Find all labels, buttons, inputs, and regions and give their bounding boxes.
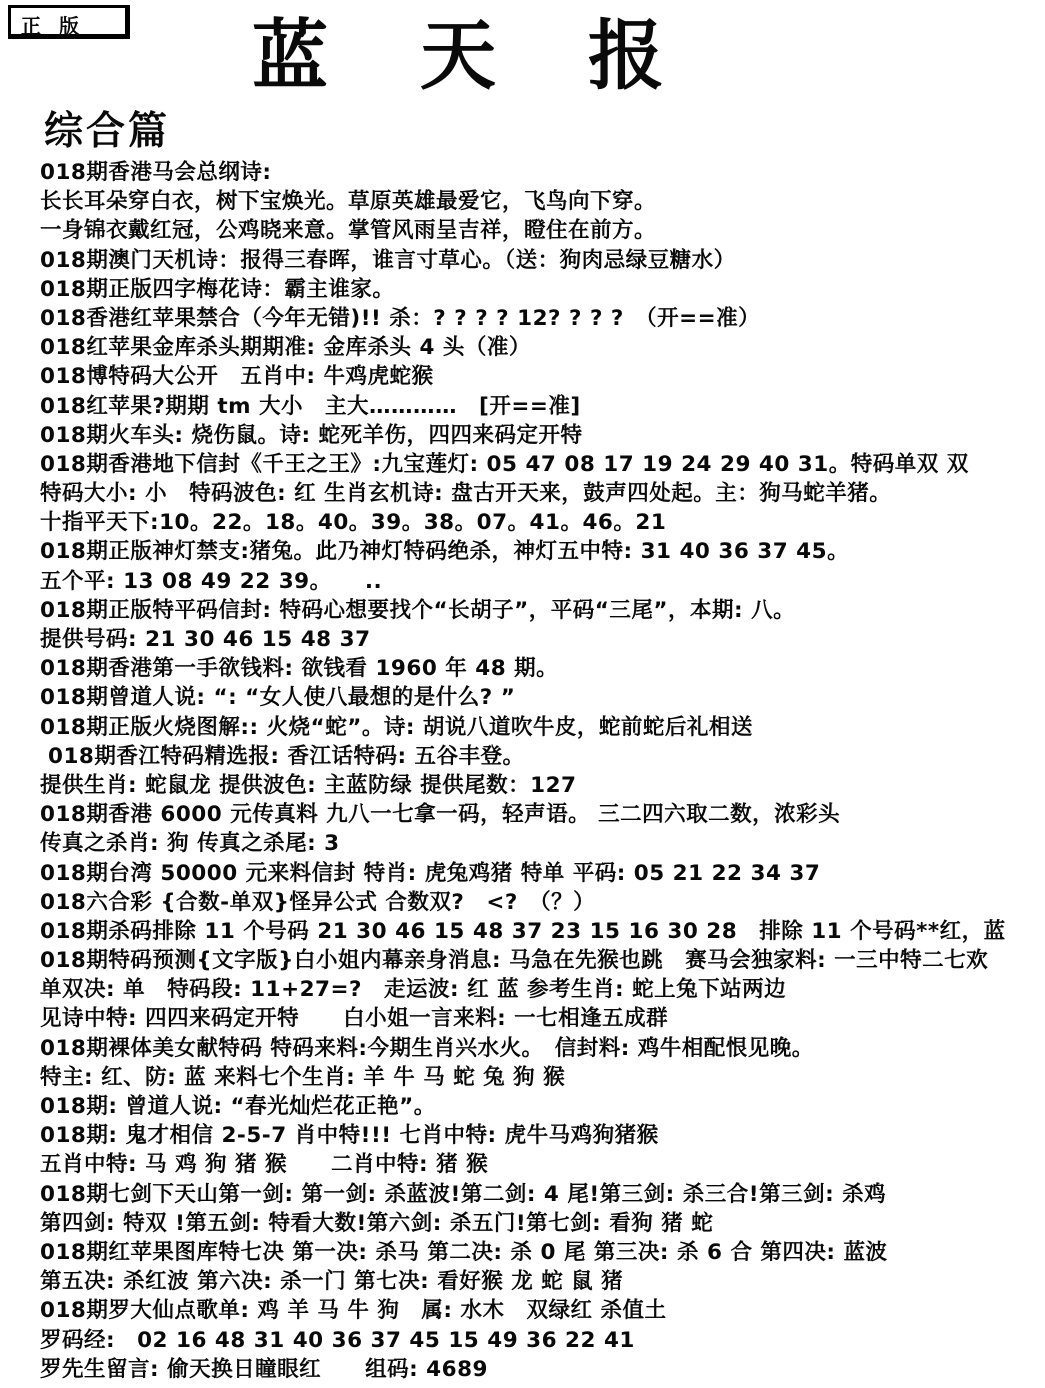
text-line: 018期香港马会总纲诗: bbox=[40, 158, 1045, 187]
text-line: 提供生肖: 蛇鼠龙 提供波色: 主蓝防绿 提供尾数：127 bbox=[40, 771, 1045, 800]
text-line: 第四剑: 特双 !第五剑: 特看大数!第六剑: 杀五门!第七剑: 看狗 猪 蛇 bbox=[40, 1209, 1045, 1238]
text-line: 018博特码大公开 五肖中: 牛鸡虎蛇猴 bbox=[40, 362, 1045, 391]
text-line: 018期正版特平码信封: 特码心想要找个“长胡子”，平码“三尾”，本期: 八。 bbox=[40, 596, 1045, 625]
text-line: 018期澳门天机诗：报得三春晖，谁言寸草心。（送：狗肉忌绿豆糖水） bbox=[40, 246, 1045, 275]
text-line: 018期红苹果图库特七决 第一决: 杀马 第二决: 杀 0 尾 第三决: 杀 6… bbox=[40, 1238, 1045, 1267]
text-line: 018期正版火烧图解:: 火烧“蛇”。诗: 胡说八道吹牛皮，蛇前蛇后礼相送 bbox=[40, 713, 1045, 742]
text-line: 018期火车头: 烧伤鼠。诗: 蛇死羊伤，四四来码定开特 bbox=[40, 421, 1045, 450]
text-line: 传真之杀肖: 狗 传真之杀尾: 3 bbox=[40, 829, 1045, 858]
text-line: 提供号码: 21 30 46 15 48 37 bbox=[40, 625, 1045, 654]
text-line: 十指平天下:10。22。18。40。39。38。07。41。46。21 bbox=[40, 508, 1045, 537]
text-line: 018期特码预测{文字版}白小姐内幕亲身消息: 马急在先猴也跳 赛马会独家料: … bbox=[40, 946, 1045, 975]
text-line: 018期: 曾道人说: “春光灿烂花正艳”。 bbox=[40, 1092, 1045, 1121]
text-line: 五个平: 13 08 49 22 39。 .. bbox=[40, 567, 1045, 596]
text-line: 长长耳朵穿白衣，树下宝焕光。草原英雄最爱它，飞鸟向下穿。 bbox=[40, 187, 1045, 216]
text-line: 特主: 红、防: 蓝 来料七个生肖: 羊 牛 马 蛇 兔 狗 猴 bbox=[40, 1063, 1045, 1092]
text-line: 018期香江特码精选报: 香江话特码: 五谷丰登。 bbox=[40, 742, 1045, 771]
text-line: 五肖中特: 马 鸡 狗 猪 猴 二肖中特: 猪 猴 bbox=[40, 1150, 1045, 1179]
section-heading: 综合篇 bbox=[44, 100, 170, 156]
text-line: 018期正版神灯禁支:猪兔。此乃神灯特码绝杀，神灯五中特: 31 40 36 3… bbox=[40, 537, 1045, 566]
text-line: 单双决: 单 特码段: 11+27=? 走运波: 红 蓝 参考生肖: 蛇上兔下站… bbox=[40, 975, 1045, 1004]
text-line: 018期香港第一手欲钱料: 欲钱看 1960 年 48 期。 bbox=[40, 654, 1045, 683]
text-line: 罗码经: 02 16 48 31 40 36 37 45 15 49 36 22… bbox=[40, 1326, 1045, 1355]
text-line: 018香港红苹果禁合（今年无错)!! 杀：? ? ? ? 12? ? ? ? （… bbox=[40, 304, 1045, 333]
text-line: 018期裸体美女献特码 特码来料:今期生肖兴水火。 信封料: 鸡牛相配恨见晚。 bbox=[40, 1034, 1045, 1063]
text-line: 018期罗大仙点歌单: 鸡 羊 马 牛 狗 属: 水木 双绿红 杀值土 bbox=[40, 1296, 1045, 1325]
text-line: 罗先生留言: 偷天换日瞳眼红 组码: 4689 bbox=[40, 1355, 1045, 1384]
text-line: 018期杀码排除 11 个号码 21 30 46 15 48 37 23 15 … bbox=[40, 917, 1045, 946]
text-line: 见诗中特: 四四来码定开特 白小姐一言来料: 一七相逢五成群 bbox=[40, 1004, 1045, 1033]
text-line: 特码大小: 小 特码波色: 红 生肖玄机诗: 盘古开天来，鼓声四处起。主：狗马蛇… bbox=[40, 479, 1045, 508]
edition-badge: 正版 bbox=[8, 5, 130, 39]
text-line: 018期台湾 50000 元来料信封 特肖: 虎兔鸡猪 特单 平码: 05 21… bbox=[40, 859, 1045, 888]
text-line: 第五决: 杀红波 第六决: 杀一门 第七决: 看好猴 龙 蛇 鼠 猪 bbox=[40, 1267, 1045, 1296]
text-line: 018期七剑下天山第一剑: 第一剑: 杀蓝波!第二剑: 4 尾!第三剑: 杀三合… bbox=[40, 1180, 1045, 1209]
text-line: 一身锦衣戴红冠，公鸡晓来意。掌管风雨呈吉祥，瞪住在前方。 bbox=[40, 216, 1045, 245]
text-line: 018期香港地下信封《千王之王》:九宝莲灯: 05 47 08 17 19 24… bbox=[40, 450, 1045, 479]
content-lines: 018期香港马会总纲诗:长长耳朵穿白衣，树下宝焕光。草原英雄最爱它，飞鸟向下穿。… bbox=[40, 158, 1045, 1384]
text-line: 018期: 鬼才相信 2-5-7 肖中特!!! 七肖中特: 虎牛马鸡狗猪猴 bbox=[40, 1121, 1045, 1150]
page-title: 蓝天报 bbox=[252, 18, 756, 94]
text-line: 018六合彩 {合数-单双}怪异公式 合数双? <? （？） bbox=[40, 888, 1045, 917]
text-line: 018期曾道人说: “: “女人使八最想的是什么? ” bbox=[40, 683, 1045, 712]
text-line: 018红苹果?期期 tm 大小 主大………… [开==准] bbox=[40, 392, 1045, 421]
text-line: 018红苹果金库杀头期期准: 金库杀头 4 头（准） bbox=[40, 333, 1045, 362]
text-line: 018期正版四字梅花诗：霸主谁家。 bbox=[40, 275, 1045, 304]
text-line: 018期香港 6000 元传真料 九八一七拿一码，轻声语。 三二四六取二数，浓彩… bbox=[40, 800, 1045, 829]
